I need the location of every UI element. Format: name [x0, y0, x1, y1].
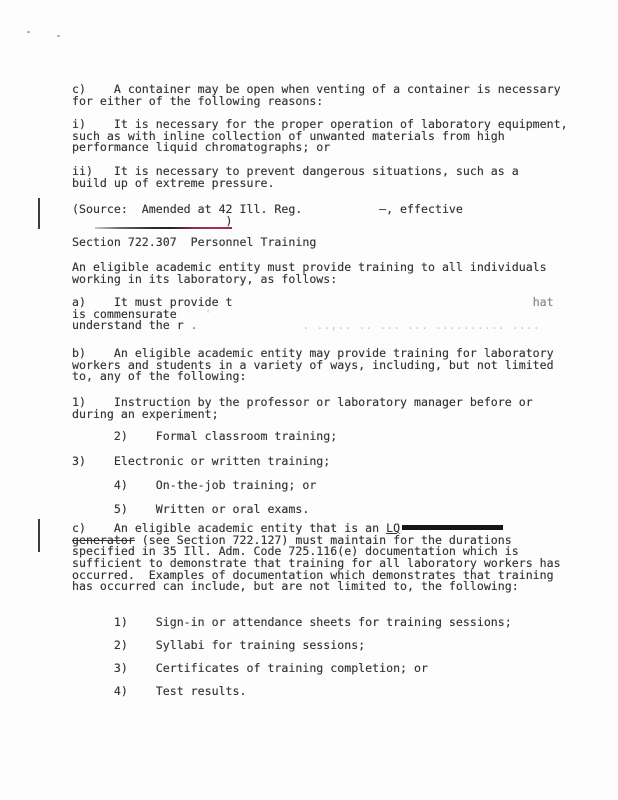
- faded-text: . ..,.. .. ... ... .......... ....: [198, 318, 540, 332]
- text-line: 4) Test results.: [72, 686, 247, 698]
- faded-text: [233, 295, 533, 309]
- margin-change-bar: [38, 198, 40, 229]
- text-line: 2) Formal classroom training;: [72, 431, 337, 443]
- text-line: performance liquid chromatographs; or: [72, 142, 568, 154]
- text-line: 3) Certificates of training completion; …: [72, 663, 428, 675]
- scanned-document-page: c) A container may be open when venting …: [0, 0, 618, 800]
- para-source: (Source: Amended at 42 Ill. Reg. —, effe…: [72, 204, 463, 227]
- text-line: 2) Syllabi for training sessions;: [72, 640, 365, 652]
- item-c2-syllabi: 2) Syllabi for training sessions;: [72, 640, 365, 652]
- text-line: 1) Sign-in or attendance sheets for trai…: [72, 617, 512, 629]
- para-ii-dangerous: ii) It is necessary to prevent dangerous…: [72, 166, 519, 189]
- text-line: build up of extreme pressure.: [72, 178, 519, 190]
- para-c-documentation: c) An eligible academic entity that is a…: [72, 523, 561, 593]
- text-line: 5) Written or oral exams.: [72, 504, 309, 516]
- item-b3-electronic: 3) Electronic or written training;: [72, 456, 330, 468]
- para-a-faded: a) It must provide t hatis commensurate …: [72, 297, 554, 332]
- redaction-bar: [402, 525, 503, 530]
- item-c1-signin: 1) Sign-in or attendance sheets for trai…: [72, 617, 512, 629]
- item-b4-onthejob: 4) On-the-job training; or: [72, 480, 316, 492]
- scan-speck: [57, 35, 60, 37]
- para-c-venting: c) A container may be open when venting …: [72, 84, 561, 107]
- text-line: during an experiment;: [72, 409, 533, 421]
- item-b5-exams: 5) Written or oral exams.: [72, 504, 309, 516]
- text-line: for either of the following reasons:: [72, 96, 561, 108]
- item-c4-testresults: 4) Test results.: [72, 686, 247, 698]
- scan-speck: [27, 31, 30, 33]
- section-heading: Section 722.307 Personnel Training: [72, 237, 316, 249]
- text-line: understand the r . . ..,.. .. ... ... ..…: [72, 320, 554, 332]
- text-line: Section 722.307 Personnel Training: [72, 237, 316, 249]
- faded-text: .: [184, 318, 198, 332]
- item-b1-instruction: 1) Instruction by the professor or labor…: [72, 397, 533, 420]
- para-b-training-ways: b) An eligible academic entity may provi…: [72, 348, 554, 383]
- text-line: ): [72, 216, 463, 228]
- text-line: has occurred can include, but are not li…: [72, 581, 561, 593]
- item-c3-certificates: 3) Certificates of training completion; …: [72, 663, 428, 675]
- text-segment: understand the r: [72, 318, 184, 332]
- text-line: working in its laboratory, as follows:: [72, 274, 547, 286]
- margin-change-bar: [38, 519, 40, 552]
- text-line: 4) On-the-job training; or: [72, 480, 316, 492]
- para-i-equipment: i) It is necessary for the proper operat…: [72, 119, 568, 154]
- text-line: to, any of the following:: [72, 371, 554, 383]
- item-b2-classroom: 2) Formal classroom training;: [72, 431, 337, 443]
- text-line: 3) Electronic or written training;: [72, 456, 330, 468]
- source-blank-underline: [95, 227, 232, 229]
- faded-text: hat: [533, 295, 554, 309]
- para-intro: An eligible academic entity must provide…: [72, 262, 547, 285]
